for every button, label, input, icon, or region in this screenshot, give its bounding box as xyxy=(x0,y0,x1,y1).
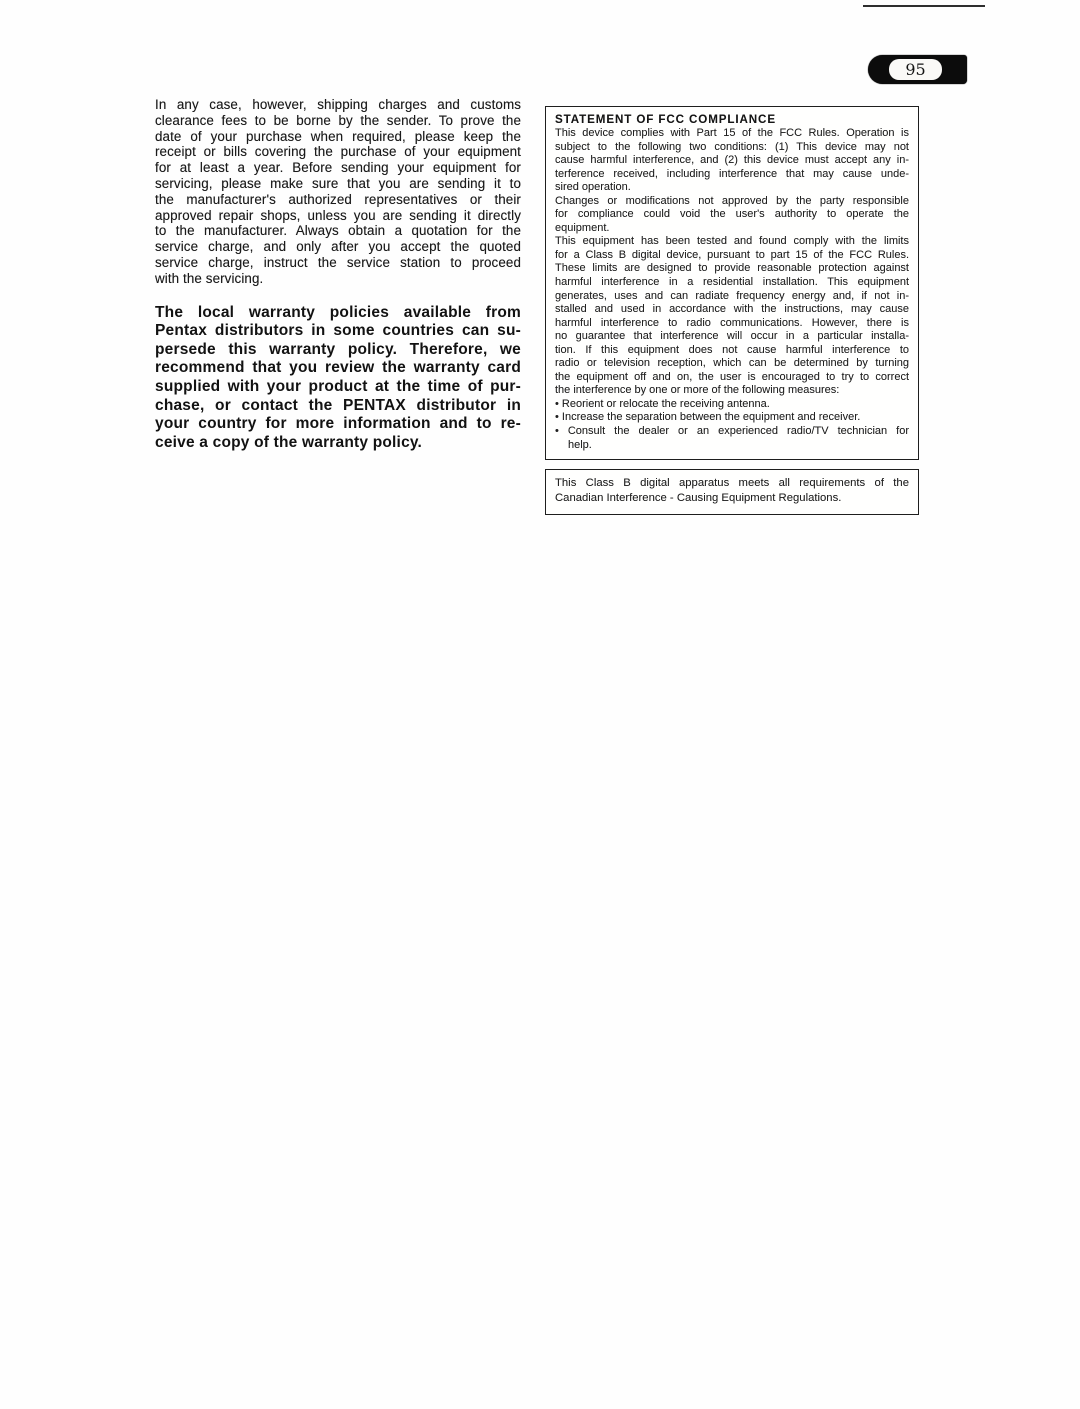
text-line: harmful interference to radio communicat… xyxy=(555,317,909,331)
text-line: • Reorient or relocate the receiving ant… xyxy=(568,398,909,412)
fcc-paragraph-changes-modifications: Changes or modifications not approved by… xyxy=(555,195,909,236)
text-line: terference received, including interfere… xyxy=(555,168,909,182)
text-line: ceive a copy of the warranty policy. xyxy=(155,434,521,453)
fcc-paragraph-device-complies: This device complies with Part 15 of the… xyxy=(555,127,909,195)
text-line: equipment. xyxy=(555,222,909,236)
text-line: tion. If this equipment does not cause h… xyxy=(555,344,909,358)
text-line: your country for more information and to… xyxy=(155,415,521,434)
text-line: • Consult the dealer or an experienced r… xyxy=(568,425,909,439)
text-line: Canadian Interference - Causing Equipmen… xyxy=(555,491,909,506)
document-page: 95 In any case, however, shipping charge… xyxy=(0,0,1080,1409)
text-line: persede this warranty policy. Therefore,… xyxy=(155,341,521,360)
text-line: This equipment has been tested and found… xyxy=(555,235,909,249)
fcc-bullet-consult-dealer: • Consult the dealer or an experienced r… xyxy=(555,425,909,452)
text-line: cause harmful interference, and (2) this… xyxy=(555,154,909,168)
text-line: harmful interference in a residential in… xyxy=(555,276,909,290)
text-line: generates, uses and can radiate frequenc… xyxy=(555,290,909,304)
fcc-bullet-increase-separation: • Increase the separation between the eq… xyxy=(555,411,909,425)
text-line: stalled and used in accordance with the … xyxy=(555,303,909,317)
text-line: with the servicing. xyxy=(155,271,521,287)
right-column: STATEMENT OF FCC COMPLIANCE This device … xyxy=(545,106,919,515)
text-line: for at least a year. Before sending your… xyxy=(155,160,521,176)
text-line: The local warranty policies available fr… xyxy=(155,304,521,323)
text-line: radio or television reception, which can… xyxy=(555,357,909,371)
text-line: date of your purchase when required, ple… xyxy=(155,129,521,145)
fcc-compliance-box: STATEMENT OF FCC COMPLIANCE This device … xyxy=(545,106,919,460)
text-line: for compliance could void the user's aut… xyxy=(555,208,909,222)
text-line: recommend that you review the warranty c… xyxy=(155,359,521,378)
text-line: • Increase the separation between the eq… xyxy=(568,411,909,425)
text-line: service charge, and only after you accep… xyxy=(155,239,521,255)
text-line: servicing, please make sure that you are… xyxy=(155,176,521,192)
text-line: clearance fees to be borne by the sender… xyxy=(155,113,521,129)
text-line: subject to the following two conditions:… xyxy=(555,141,909,155)
text-line: service charge, instruct the service sta… xyxy=(155,255,521,271)
text-line: sired operation. xyxy=(555,181,909,195)
fcc-compliance-title: STATEMENT OF FCC COMPLIANCE xyxy=(555,113,909,127)
left-column: In any case, however, shipping charges a… xyxy=(155,97,521,452)
text-line: This device complies with Part 15 of the… xyxy=(555,127,909,141)
shipping-charges-paragraph: In any case, however, shipping charges a… xyxy=(155,97,521,287)
text-line: In any case, however, shipping charges a… xyxy=(155,97,521,113)
fcc-paragraph-class-b-tested: This equipment has been tested and found… xyxy=(555,235,909,398)
page-number: 95 xyxy=(905,62,925,78)
text-line: These limits are designed to provide rea… xyxy=(555,262,909,276)
text-line: to the manufacturer. Always obtain a quo… xyxy=(155,223,521,239)
text-line: for a Class B digital device, pursuant t… xyxy=(555,249,909,263)
text-line: supplied with your product at the time o… xyxy=(155,378,521,397)
text-line: help. xyxy=(568,439,909,453)
page-number-badge: 95 xyxy=(868,55,967,84)
page-number-pill: 95 xyxy=(889,59,942,80)
text-line: Changes or modifications not approved by… xyxy=(555,195,909,209)
top-rule xyxy=(863,5,985,7)
text-line: Pentax distributors in some countries ca… xyxy=(155,322,521,341)
canadian-compliance-box: This Class B digital apparatus meets all… xyxy=(545,469,919,515)
text-line: receipt or bills covering the purchase o… xyxy=(155,144,521,160)
text-line: the interference by one or more of the f… xyxy=(555,384,909,398)
local-warranty-paragraph: The local warranty policies available fr… xyxy=(155,304,521,453)
canadian-compliance-statement: This Class B digital apparatus meets all… xyxy=(555,476,909,506)
text-line: the manufacturer's authorized representa… xyxy=(155,192,521,208)
text-line: no guarantee that interference will occu… xyxy=(555,330,909,344)
fcc-bullet-reorient-antenna: • Reorient or relocate the receiving ant… xyxy=(555,398,909,412)
text-line: chase, or contact the PENTAX distributor… xyxy=(155,397,521,416)
text-line: the equipment off and on, the user is en… xyxy=(555,371,909,385)
text-line: This Class B digital apparatus meets all… xyxy=(555,476,909,491)
text-line: approved repair shops, unless you are se… xyxy=(155,208,521,224)
